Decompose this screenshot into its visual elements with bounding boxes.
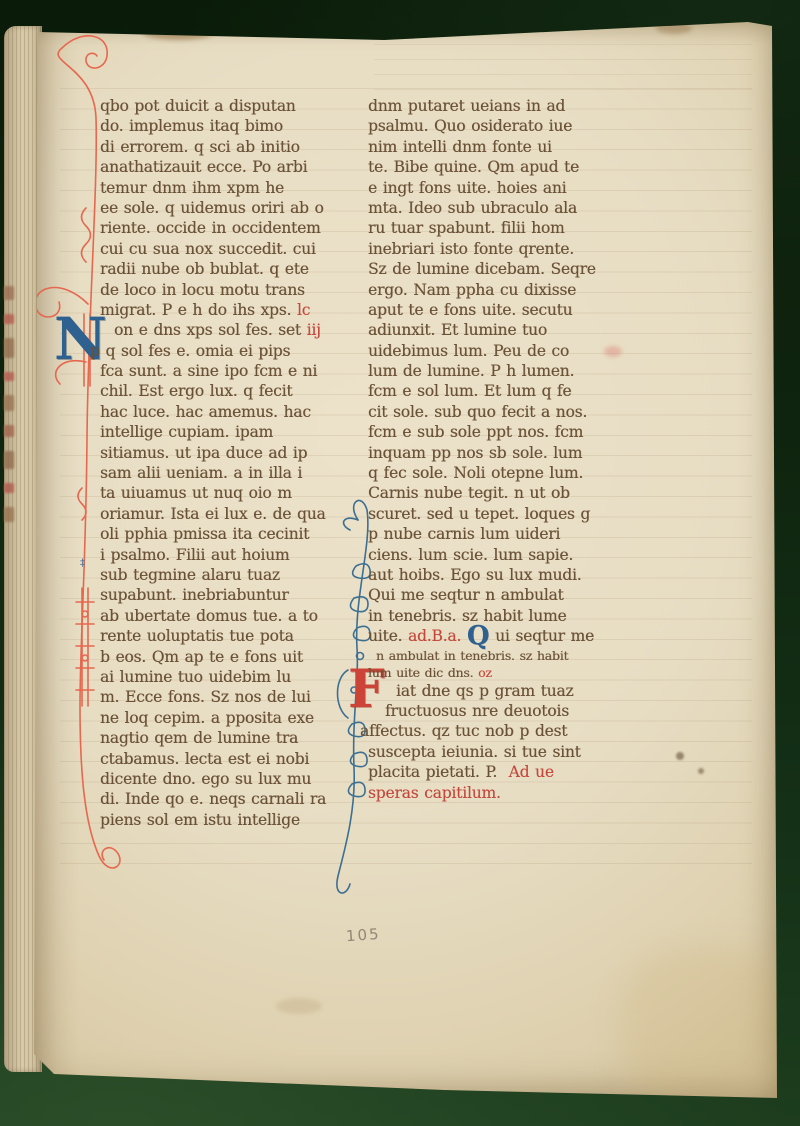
body-text: fcm e sub sole ppt nos. fcm: [368, 423, 583, 441]
body-text: aput te e fons uite. secutu: [368, 301, 572, 319]
manuscript-photo: N F qbo pot duicit a disputando. implemu…: [0, 0, 800, 1126]
ruling-lines-top: [374, 44, 752, 90]
manuscript-text-line: nim intelli dnm fonte ui: [368, 137, 672, 157]
manuscript-text-line: te. Bibe quine. Qm apud te: [368, 157, 672, 177]
body-text: rente uoluptatis tue pota: [100, 627, 294, 645]
manuscript-text-line: b eos. Qm ap te e fons uit: [100, 647, 356, 667]
text-column-left: qbo pot duicit a disputando. implemus it…: [100, 96, 356, 830]
rubric-text: speras capitilum.: [368, 784, 501, 802]
body-text: i psalmo. Filii aut hoium: [100, 546, 289, 564]
stain: [322, 21, 354, 33]
manuscript-text-line: aput te e fons uite. secutu: [368, 300, 672, 320]
body-text: psalmu. Quo osiderato iue: [368, 117, 572, 135]
manuscript-text-line: Carnis nube tegit. n ut ob: [368, 483, 672, 503]
body-text: Carnis nube tegit. n ut ob: [368, 484, 570, 502]
manuscript-text-line: m. Ecce fons. Sz nos de lui: [100, 687, 356, 707]
body-text: qbo pot duicit a disputan: [100, 97, 296, 115]
body-text: b eos. Qm ap te e fons uit: [100, 648, 303, 666]
body-text: oriamur. Ista ei lux e. de qua: [100, 505, 326, 523]
stain: [656, 23, 692, 34]
manuscript-text-line: inebriari isto fonte qrente.: [368, 239, 672, 259]
body-text: m. Ecce fons. Sz nos de lui: [100, 688, 311, 706]
manuscript-text-line: do. implemus itaq bimo: [100, 116, 356, 136]
body-text: n ambulat in tenebris. sz habit: [376, 648, 568, 663]
manuscript-text-line: temur dnm ihm xpm he: [100, 178, 356, 198]
manuscript-text-line: Sz de lumine dicebam. Seqre: [368, 259, 672, 279]
parchment-page: N F qbo pot duicit a disputando. implemu…: [24, 18, 780, 1102]
manuscript-text-line: qbo pot duicit a disputan: [100, 96, 356, 116]
body-text: ciens. lum scie. lum sapie.: [368, 546, 573, 564]
manuscript-text-line: oli pphia pmissa ita cecinit: [100, 524, 356, 544]
manuscript-text-line: fcm e sub sole ppt nos. fcm: [368, 422, 672, 442]
body-text: q fec sole. Noli otepne lum.: [368, 464, 583, 482]
rubric-text: ad.B.a.: [408, 627, 467, 645]
manuscript-text-line: q fec sole. Noli otepne lum.: [368, 463, 672, 483]
manuscript-text-line: di. Inde qo e. neqs carnali ra: [100, 789, 356, 809]
rubric-text: lc: [297, 301, 310, 319]
body-text: dicente dno. ego su lux mu: [100, 770, 311, 788]
manuscript-text-line: ta uiuamus ut nuq oio m: [100, 483, 356, 503]
manuscript-text-line: on e dns xps sol fes. set iij: [114, 320, 356, 340]
manuscript-text-line: scuret. sed u tepet. loques g: [368, 504, 672, 524]
manuscript-text-line: ee sole. q uidemus oriri ab o: [100, 198, 356, 218]
manuscript-text-line: sub tegmine alaru tuaz: [100, 565, 356, 585]
body-text: uite.: [368, 627, 408, 645]
manuscript-text-line: e ingt fons uite. hoies ani: [368, 178, 672, 198]
body-text: ergo. Nam ppha cu dixisse: [368, 281, 576, 299]
body-text: fca sunt. a sine ipo fcm e ni: [100, 362, 317, 380]
manuscript-text-line: n ambulat in tenebris. sz habit: [376, 647, 672, 664]
manuscript-text-line: piens sol em istu intellige: [100, 810, 356, 830]
stain: [620, 948, 800, 1108]
folio-number: 105: [345, 925, 381, 945]
body-text: fcm e sol lum. Et lum q fe: [368, 382, 571, 400]
body-text: dnm putaret ueians in ad: [368, 97, 565, 115]
body-text: ctabamus. lecta est ei nobi: [100, 750, 309, 768]
body-text: nagtio qem de lumine tra: [100, 729, 298, 747]
manuscript-text-line: fructuosus nre deuotois: [385, 701, 672, 721]
rubric-text: iij: [307, 321, 321, 339]
body-text: suscepta ieiunia. si tue sint: [368, 743, 581, 761]
body-text: fructuosus nre deuotois: [385, 702, 569, 720]
manuscript-text-line: placita pietati. P. Ad ue: [368, 762, 672, 782]
manuscript-text-line: adiunxit. Et lumine tuo: [368, 320, 672, 340]
body-text: placita pietati. P.: [368, 763, 509, 781]
manuscript-text-line: anathatizauit ecce. Po arbi: [100, 157, 356, 177]
manuscript-text-line: ai lumine tuo uidebim lu: [100, 667, 356, 687]
body-text: di. Inde qo e. neqs carnali ra: [100, 790, 326, 808]
body-text: lum uite dic dns.: [368, 665, 478, 680]
body-text: hac luce. hac amemus. hac: [100, 403, 311, 421]
body-text: intellige cupiam. ipam: [100, 423, 273, 441]
manuscript-text-line: ne loq cepim. a pposita exe: [100, 708, 356, 728]
body-text: supabunt. inebriabuntur: [100, 586, 289, 604]
manuscript-text-line: de loco in locu motu trans: [100, 280, 356, 300]
body-text: ab ubertate domus tue. a to: [100, 607, 318, 625]
body-text: ta uiuamus ut nuq oio m: [100, 484, 292, 502]
manuscript-text-line: fca sunt. a sine ipo fcm e ni: [100, 361, 356, 381]
body-text: sitiamus. ut ipa duce ad ip: [100, 444, 307, 462]
text-column-right: dnm putaret ueians in adpsalmu. Quo osid…: [368, 96, 672, 803]
manuscript-text-line: intellige cupiam. ipam: [100, 422, 356, 442]
body-text: uidebimus lum. Peu de co: [368, 342, 569, 360]
manuscript-text-line: in tenebris. sz habit lume: [368, 606, 672, 626]
stain: [276, 998, 322, 1014]
manuscript-text-line: ciens. lum scie. lum sapie.: [368, 545, 672, 565]
manuscript-text-line: uidebimus lum. Peu de co: [368, 341, 672, 361]
manuscript-text-line: riente. occide in occidentem: [100, 218, 356, 238]
body-text: chil. Est ergo lux. q fecit: [100, 382, 292, 400]
manuscript-text-line: psalmu. Quo osiderato iue: [368, 116, 672, 136]
body-text: on e dns xps sol fes. set: [114, 321, 307, 339]
body-text: scuret. sed u tepet. loques g: [368, 505, 590, 523]
manuscript-text-line: nagtio qem de lumine tra: [100, 728, 356, 748]
body-text: Sz de lumine dicebam. Seqre: [368, 260, 596, 278]
body-text: riente. occide in occidentem: [100, 219, 321, 237]
manuscript-text-line: ru tuar spabunt. filii hom: [368, 218, 672, 238]
body-text: ru tuar spabunt. filii hom: [368, 219, 565, 237]
show-through-marks: [4, 286, 20, 826]
body-text: ne loq cepim. a pposita exe: [100, 709, 314, 727]
manuscript-text-line: affectus. qz tuc nob p dest: [360, 721, 672, 741]
manuscript-text-line: lum uite dic dns. oz: [368, 664, 672, 681]
manuscript-text-line: aut hoibs. Ego su lux mudi.: [368, 565, 672, 585]
manuscript-text-line: i psalmo. Filii aut hoium: [100, 545, 356, 565]
manuscript-text-line: inquam pp nos sb sole. lum: [368, 443, 672, 463]
manuscript-text-line: lum de lumine. P h lumen.: [368, 361, 672, 381]
body-text: ee sole. q uidemus oriri ab o: [100, 199, 324, 217]
manuscript-text-line: ergo. Nam ppha cu dixisse: [368, 280, 672, 300]
manuscript-text-line: chil. Est ergo lux. q fecit: [100, 381, 356, 401]
body-text: anathatizauit ecce. Po arbi: [100, 158, 307, 176]
manuscript-text-line: ab ubertate domus tue. a to: [100, 606, 356, 626]
body-text: ai lumine tuo uidebim lu: [100, 668, 291, 686]
body-text: radii nube ob bublat. q ete: [100, 260, 309, 278]
body-text: temur dnm ihm xpm he: [100, 179, 284, 197]
manuscript-text-line: dnm putaret ueians in ad: [368, 96, 672, 116]
manuscript-text-line: Qui me seqtur n ambulat: [368, 585, 672, 605]
body-text: di errorem. q sci ab initio: [100, 138, 300, 156]
manuscript-text-line: suscepta ieiunia. si tue sint: [368, 742, 672, 762]
body-text: sub tegmine alaru tuaz: [100, 566, 280, 584]
manuscript-text-line: ctabamus. lecta est ei nobi: [100, 749, 356, 769]
manuscript-text-line: hac luce. hac amemus. hac: [100, 402, 356, 422]
manuscript-text-line: dicente dno. ego su lux mu: [100, 769, 356, 789]
stain: [142, 24, 216, 40]
manuscript-text-line: migrat. P e h do ihs xps. lc: [100, 300, 356, 320]
body-text: oli pphia pmissa ita cecinit: [100, 525, 309, 543]
manuscript-text-line: cit sole. sub quo fecit a nos.: [368, 402, 672, 422]
manuscript-text-line: cui cu sua nox succedit. cui: [100, 239, 356, 259]
speck: [698, 768, 704, 774]
body-text: Qui me seqtur n ambulat: [368, 586, 564, 604]
body-text: aut hoibs. Ego su lux mudi.: [368, 566, 581, 584]
manuscript-text-line: speras capitilum.: [368, 783, 672, 803]
manuscript-text-line: uite. ad.B.a. Q ui seqtur me: [368, 626, 672, 646]
manuscript-text-line: sam alii ueniam. a in illa i: [100, 463, 356, 483]
body-text: sam alii ueniam. a in illa i: [100, 464, 302, 482]
body-text: de loco in locu motu trans: [100, 281, 305, 299]
manuscript-text-line: rente uoluptatis tue pota: [100, 626, 356, 646]
rubric-text: oz: [478, 665, 492, 680]
manuscript-text-line: fcm e sol lum. Et lum q fe: [368, 381, 672, 401]
margin-mark-blue: ‡: [80, 558, 85, 569]
manuscript-text-line: sitiamus. ut ipa duce ad ip: [100, 443, 356, 463]
manuscript-text-line: radii nube ob bublat. q ete: [100, 259, 356, 279]
manuscript-text-line: p nube carnis lum uideri: [368, 524, 672, 544]
body-text: cit sole. sub quo fecit a nos.: [368, 403, 587, 421]
body-text: migrat. P e h do ihs xps.: [100, 301, 297, 319]
body-text: p nube carnis lum uideri: [368, 525, 560, 543]
body-text: cui cu sua nox succedit. cui: [100, 240, 316, 258]
manuscript-text-line: iat dne qs p gram tuaz: [396, 681, 672, 701]
body-text: lum de lumine. P h lumen.: [368, 362, 574, 380]
rubric-text: Ad ue: [509, 763, 554, 781]
body-text: do. implemus itaq bimo: [100, 117, 283, 135]
body-text: nim intelli dnm fonte ui: [368, 138, 552, 156]
body-text: inquam pp nos sb sole. lum: [368, 444, 582, 462]
body-text: adiunxit. Et lumine tuo: [368, 321, 547, 339]
body-text: affectus. qz tuc nob p dest: [360, 722, 567, 740]
manuscript-text-line: mta. Ideo sub ubraculo ala: [368, 198, 672, 218]
manuscript-text-line: supabunt. inebriabuntur: [100, 585, 356, 605]
manuscript-text-line: p q sol fes e. omia ei pips: [90, 341, 356, 361]
body-text: inebriari isto fonte qrente.: [368, 240, 574, 258]
body-text: mta. Ideo sub ubraculo ala: [368, 199, 577, 217]
manuscript-text-line: di errorem. q sci ab initio: [100, 137, 356, 157]
speck: [676, 752, 684, 760]
body-text: piens sol em istu intellige: [100, 811, 300, 829]
manuscript-text-line: oriamur. Ista ei lux e. de qua: [100, 504, 356, 524]
body-text: p q sol fes e. omia ei pips: [90, 342, 290, 360]
body-text: te. Bibe quine. Qm apud te: [368, 158, 579, 176]
body-text: iat dne qs p gram tuaz: [396, 682, 573, 700]
body-text: e ingt fons uite. hoies ani: [368, 179, 566, 197]
body-text: ui seqtur me: [489, 627, 594, 645]
